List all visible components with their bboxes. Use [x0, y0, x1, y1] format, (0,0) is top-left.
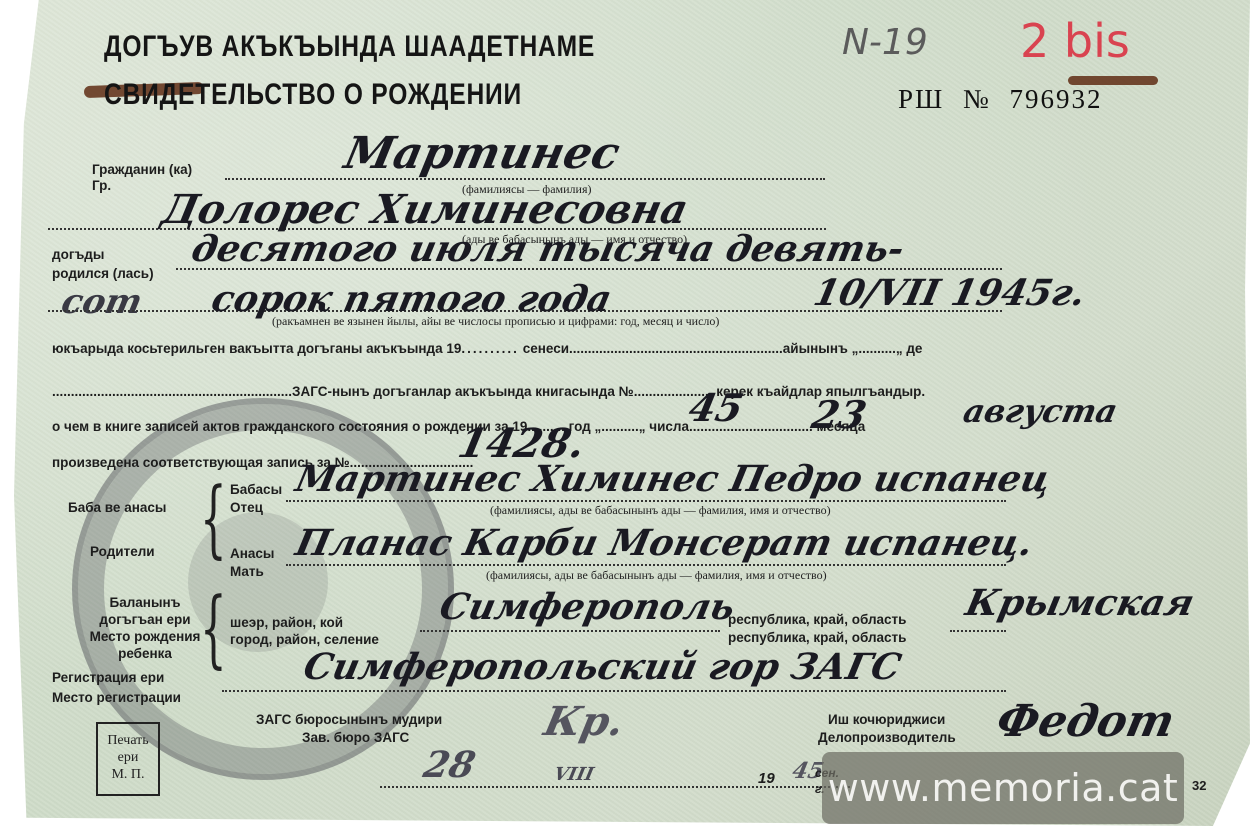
- issue-year-prefix: 19: [758, 770, 775, 787]
- registration-label-tatar: Регистрация ери: [52, 670, 164, 685]
- head-signature: Кр.: [540, 698, 628, 745]
- clerk-signature: Федот: [992, 696, 1179, 747]
- region-label-russian: республика, край, область: [728, 630, 906, 645]
- birth-label: догъды: [52, 247, 104, 262]
- mother-label-tatar: Анасы: [230, 546, 274, 561]
- birthplace-sub-russian: город, район, селение: [230, 632, 379, 647]
- parents-label-russian: Родители: [90, 544, 155, 559]
- father-value: Мартинес Химинес Педро испанец: [292, 458, 1055, 500]
- birthplace-brace: {: [200, 586, 227, 670]
- birth-date-words-1: десятого июля тысяча девять-: [188, 228, 908, 270]
- birth-date-caption: (ракъамнен ве язынен йылы, айы ве числос…: [272, 314, 719, 329]
- head-label-russian: Зав. бюро ЗАГС: [302, 730, 409, 745]
- title-crimean-tatar: ДОГЪУВ АКЪКЪЫНДА ШААДЕТНАМЕ: [104, 30, 595, 64]
- clerk-label-russian: Делопроизводитель: [818, 730, 956, 745]
- father-caption: (фамилиясы, ады ве бабасынынъ ады — фами…: [490, 503, 831, 518]
- pencil-note: N-19: [842, 22, 928, 63]
- region-value: Крымская: [962, 582, 1198, 624]
- seal-placeholder-box: Печать ери М. П.: [96, 722, 160, 796]
- record-year-value: 45: [685, 385, 747, 430]
- record-month-value: августа: [960, 392, 1121, 430]
- registration-label-russian: Место регистрации: [52, 690, 181, 705]
- watermark: www.memoria.cat: [822, 752, 1184, 824]
- citizen-label-short: Гр.: [92, 178, 111, 193]
- parents-brace: {: [200, 476, 227, 560]
- parents-label-tatar: Баба ве анасы: [68, 500, 166, 515]
- series-code: РШ: [898, 84, 944, 114]
- citizen-label: Гражданин (ка): [92, 162, 192, 177]
- record-line-2: ........................................…: [52, 384, 925, 399]
- birth-label-russian: родился (лась): [52, 266, 154, 281]
- registration-value: Симферопольский гор ЗАГС: [300, 646, 905, 688]
- page-number: 32: [1192, 778, 1206, 793]
- head-label-tatar: ЗАГС бюросынынъ мудири: [256, 712, 442, 727]
- birthplace-city-value: Симферополь: [436, 586, 739, 628]
- number-sign: №: [963, 84, 991, 114]
- mother-value: Планас Карби Монсерат испанец.: [292, 522, 1037, 564]
- birth-date-numeric: 10/VII 1945г.: [810, 272, 1089, 314]
- clerk-label-tatar: Иш кочюриджиси: [828, 712, 945, 727]
- serial-number: 796932: [1010, 84, 1103, 114]
- name-patronymic-value: Долорес Химинесовна: [158, 186, 692, 233]
- issue-month: VIII: [552, 764, 596, 785]
- record-day-value: 23: [808, 392, 870, 437]
- father-label-russian: Отец: [230, 500, 263, 515]
- mother-label-russian: Мать: [230, 564, 264, 579]
- title-russian: СВИДЕТЕЛЬСТВО О РОЖДЕНИИ: [104, 78, 522, 112]
- surname-value: Мартинес: [340, 128, 624, 179]
- father-label-tatar: Бабасы: [230, 482, 282, 497]
- region-label-tatar: республика, край, область: [728, 612, 906, 627]
- birth-date-words-prefix: сот: [58, 282, 146, 322]
- record-line-3: о чем в книге записей актов гражданского…: [52, 419, 865, 434]
- birthplace-sub-tatar: шеэр, район, кой: [230, 615, 343, 630]
- birthplace-label: Баланынъ догъгъан ери Место рождения реб…: [82, 594, 208, 662]
- record-line-1: юкъарыда косьтерильген вакъытта догъганы…: [52, 341, 922, 356]
- red-note: 2 bis: [1020, 14, 1130, 68]
- issue-day: 28: [420, 744, 479, 786]
- mother-caption: (фамилиясы, ады ве бабасынынъ ады — фами…: [486, 568, 827, 583]
